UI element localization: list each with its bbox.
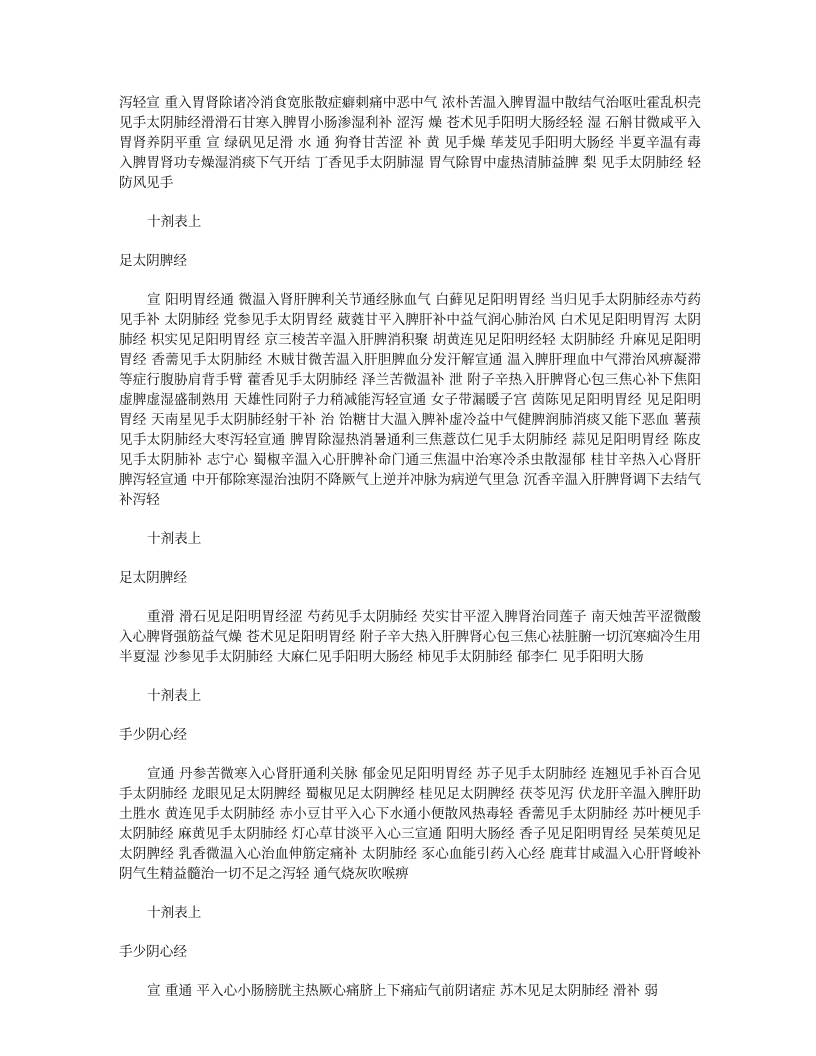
section-subtitle: 十剂表上 (119, 529, 701, 549)
section-subtitle: 十剂表上 (119, 903, 701, 923)
section-subtitle: 十剂表上 (119, 212, 701, 232)
section-heading: 足太阴脾经 (119, 568, 701, 588)
section-heading: 手少阴心经 (119, 942, 701, 962)
section-heading: 手少阴心经 (119, 725, 701, 745)
body-paragraph: 宣 重通 平入心小肠膀胱主热厥心痛脐上下痛疝气前阴诸症 苏木见足太阴肺经 滑补 … (119, 981, 701, 1001)
section-subtitle: 十剂表上 (119, 686, 701, 706)
body-paragraph: 宣 阳明胃经通 微温入肾肝脾利关节通经脉血气 白藓见足阳明胃经 当归见手太阴肺经… (119, 290, 701, 510)
body-paragraph: 泻轻宣 重入胃肾除诸冷消食宽胀散症癖刺痛中恶中气 浓朴苦温入脾胃温中散结气治呕吐… (119, 93, 701, 193)
body-paragraph: 重滑 滑石见足阳明胃经涩 芍药见手太阴肺经 芡实甘平涩入脾肾治同莲子 南天烛苦平… (119, 607, 701, 667)
section-heading: 足太阴脾经 (119, 251, 701, 271)
document-page: 泻轻宣 重入胃肾除诸冷消食宽胀散症癖刺痛中恶中气 浓朴苦温入脾胃温中散结气治呕吐… (119, 93, 701, 1001)
body-paragraph: 宣通 丹参苦微寒入心肾肝通利关脉 郁金见足阳明胃经 苏子见手太阴肺经 连翘见手补… (119, 764, 701, 884)
